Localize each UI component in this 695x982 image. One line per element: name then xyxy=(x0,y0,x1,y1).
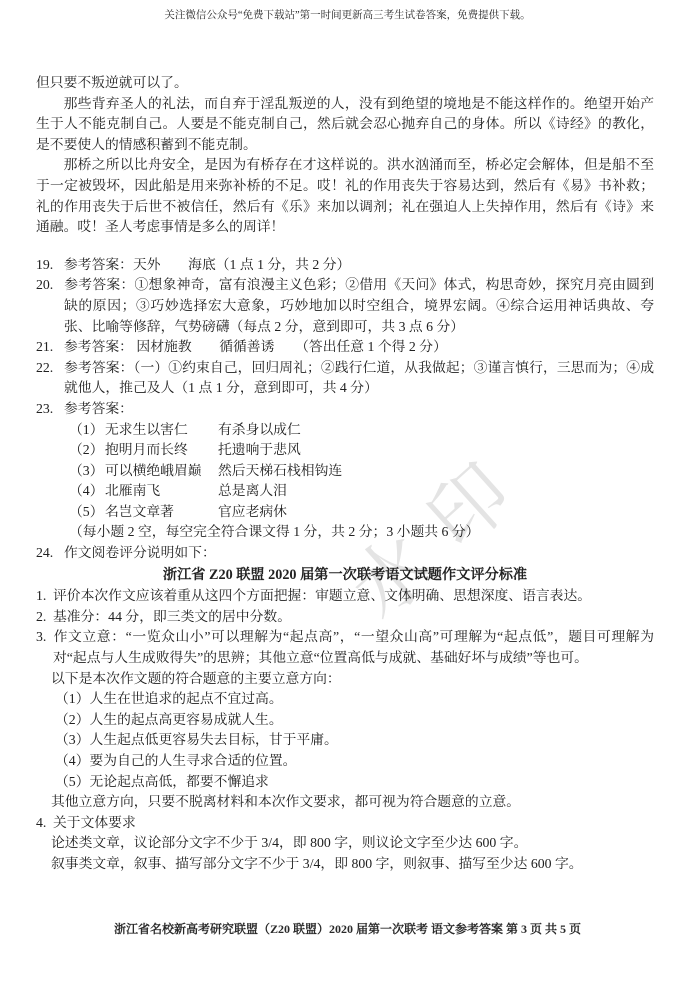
pair-label: （2） xyxy=(69,440,105,461)
item-number: 3. xyxy=(36,627,53,648)
answer-item-19: 19.参考答案：天外 海底（1 点 1 分，共 2 分） xyxy=(36,255,654,276)
direction-note: 其他立意方向，只要不脱离材料和本次作文要求，都可视为符合题意的立意。 xyxy=(51,792,654,813)
pair-second: 然后天梯石栈相钩连 xyxy=(218,461,342,482)
standard-item-3: 3.作文立意：“一览众山小”可以理解为“起点高”，“一望众山高”可理解为“起点低… xyxy=(36,627,654,668)
standard-item-2: 2.基准分：44 分，即三类文的居中分数。 xyxy=(36,607,654,628)
answer-item-21: 21.参考答案： 因材施教 循循善诱 （答出任意 1 个得 2 分） xyxy=(36,337,654,358)
pair-second: 官应老病休 xyxy=(218,502,287,523)
item-number: 23. xyxy=(36,399,64,420)
item-number: 20. xyxy=(36,275,64,296)
direction-item: （3）人生起点低更容易失去目标，甘于平庸。 xyxy=(55,730,654,751)
pair-first: 可以横绝峨眉巅 xyxy=(105,461,218,482)
answer-text: 参考答案： xyxy=(64,401,133,416)
pair-first: 北雁南飞 xyxy=(105,481,218,502)
scoring-standard-title: 浙江省 Z20 联盟 2020 届第一次联考语文试题作文评分标准 xyxy=(36,565,654,586)
pair-first: 无求生以害仁 xyxy=(105,420,218,441)
recitation-pair-row: （2）抱明月而长终托遗响于悲风 xyxy=(36,440,654,461)
document-page: 水印 关注微信公众号“免费下载站”第一时间更新高三考生试卷答案，免费提供下载。 … xyxy=(0,0,695,982)
pair-label: （1） xyxy=(69,420,105,441)
style-requirement: 叙事类文章，叙事、描写部分文字不少于 3/4，即 800 字，则叙事、描写至少达… xyxy=(51,854,654,875)
standard-text: 基准分：44 分，即三类文的居中分数。 xyxy=(53,609,291,624)
item-number: 24. xyxy=(36,543,64,564)
standard-item-4: 4.关于文体要求 xyxy=(36,813,654,834)
item-number: 2. xyxy=(36,607,53,628)
translation-paragraph: 那桥之所以比舟安全，是因为有桥存在才这样说的。洪水汹涌而至，桥必定会解体，但是船… xyxy=(36,155,654,237)
translation-intro-line: 但只要不叛逆就可以了。 xyxy=(36,73,654,94)
recitation-pair-row: （5）名岂文章著官应老病休 xyxy=(36,502,654,523)
answer-item-20: 20.参考答案：①想象神奇，富有浪漫主义色彩；②借用《天问》体式，构思奇妙，探究… xyxy=(36,275,654,337)
numbered-answers: 19.参考答案：天外 海底（1 点 1 分，共 2 分） 20.参考答案：①想象… xyxy=(36,255,654,875)
wechat-notice-header: 关注微信公众号“免费下载站”第一时间更新高三考生试卷答案，免费提供下载。 xyxy=(0,7,695,22)
standard-text: 关于文体要求 xyxy=(53,815,136,830)
answer-text: 参考答案：①想象神奇，富有浪漫主义色彩；②借用《天问》体式，构思奇妙，探究月亮由… xyxy=(64,277,654,333)
direction-item: （4）要为自己的人生寻求合适的位置。 xyxy=(55,751,654,772)
recitation-pair-row: （4）北雁南飞总是离人泪 xyxy=(36,481,654,502)
pair-label: （5） xyxy=(69,502,105,523)
pair-second: 托遗响于悲风 xyxy=(218,440,301,461)
answer-key-body: 但只要不叛逆就可以了。 那些背弃圣人的礼法，而自弃于淫乱叛逆的人，没有到绝望的境… xyxy=(36,73,654,875)
pair-first: 抱明月而长终 xyxy=(105,440,218,461)
item-number: 21. xyxy=(36,337,64,358)
direction-item: （2）人生的起点高更容易成就人生。 xyxy=(55,710,654,731)
pair-first: 名岂文章著 xyxy=(105,502,218,523)
item-number: 22. xyxy=(36,358,64,379)
answer-text: 作文阅卷评分说明如下： xyxy=(64,545,216,560)
item-number: 19. xyxy=(36,255,64,276)
pair-label: （4） xyxy=(69,481,105,502)
answer-item-23: 23.参考答案： xyxy=(36,399,654,420)
pair-second: 总是离人泪 xyxy=(218,481,287,502)
answer-text: 参考答案：（一）①约束自己，回归周礼；②践行仁道，从我做起；③谨言慎行，三思而为… xyxy=(64,360,654,396)
recitation-pair-row: （3）可以横绝峨眉巅然后天梯石栈相钩连 xyxy=(36,461,654,482)
standard-text: 作文立意：“一览众山小”可以理解为“起点高”，“一望众山高”可理解为“起点低”，… xyxy=(53,629,654,665)
pair-label: （3） xyxy=(69,461,105,482)
direction-item: （5）无论起点高低，都要不懈追求 xyxy=(55,772,654,793)
item-number: 4. xyxy=(36,813,53,834)
page-footer: 浙江省名校新高考研究联盟（Z20 联盟）2020 届第一次联考 语文参考答案 第… xyxy=(0,920,695,937)
recitation-pair-row: （1）无求生以害仁有杀身以成仁 xyxy=(36,420,654,441)
standard-item-1: 1.评价本次作文应该着重从这四个方面把握：审题立意、文体明确、思想深度、语言表达… xyxy=(36,586,654,607)
translation-paragraph: 那些背弃圣人的礼法，而自弃于淫乱叛逆的人，没有到绝望的境地是不能这样作的。绝望开… xyxy=(36,94,654,156)
direction-intro: 以下是本次作文题的符合题意的主要立意方向： xyxy=(51,669,654,690)
answer-text: 参考答案： 因材施教 循循善诱 （答出任意 1 个得 2 分） xyxy=(64,339,447,354)
item-number: 1. xyxy=(36,586,53,607)
answer-text: 参考答案：天外 海底（1 点 1 分，共 2 分） xyxy=(64,257,350,272)
answer-item-22: 22.参考答案：（一）①约束自己，回归周礼；②践行仁道，从我做起；③谨言慎行，三… xyxy=(36,358,654,399)
recitation-scoring-note: （每小题 2 空，每空完全符合课文得 1 分，共 2 分；3 小题共 6 分） xyxy=(36,522,654,543)
pair-second: 有杀身以成仁 xyxy=(218,420,301,441)
direction-item: （1）人生在世追求的起点不宜过高。 xyxy=(55,689,654,710)
standard-text: 评价本次作文应该着重从这四个方面把握：审题立意、文体明确、思想深度、语言表达。 xyxy=(53,588,591,603)
style-requirement: 论述类文章，议论部分文字不少于 3/4，即 800 字，则议论文字至少达 600… xyxy=(51,833,654,854)
answer-item-24: 24.作文阅卷评分说明如下： xyxy=(36,543,654,564)
